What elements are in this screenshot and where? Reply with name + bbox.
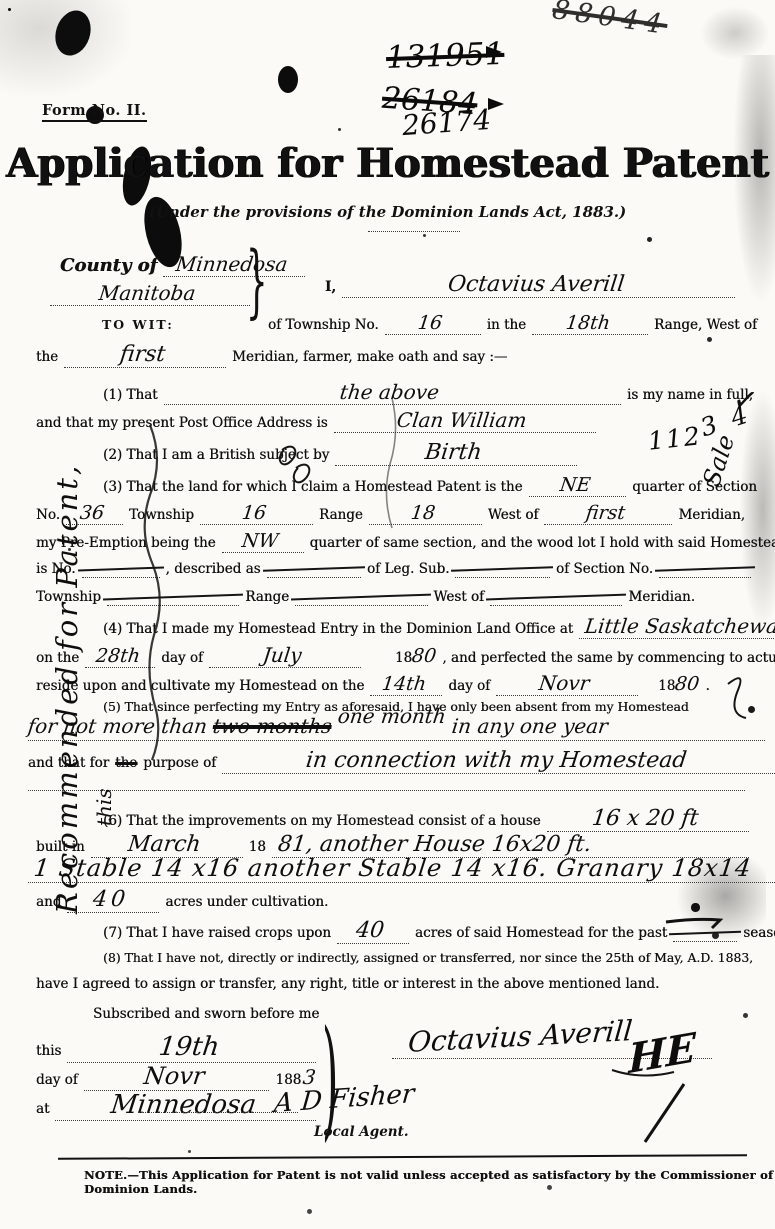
footer-note: NOTE.—This Application for Patent is not… [84, 1168, 775, 1196]
clause6-line3: 1 Stable 14 x16 another Stable 14 x16. G… [28, 854, 775, 883]
crops-acres-value: 40 [355, 918, 386, 943]
recommended-for-patent-vertical: Recommended for Patent, [50, 463, 84, 914]
jurat-day-line: day of Novr 188 3 [36, 1062, 316, 1091]
preemption-field: NW [222, 530, 304, 553]
clause4-line3: reside upon and cultivate my Homestead o… [36, 671, 710, 696]
strike-arrowhead-2 [488, 98, 504, 110]
west-of-label: West of [488, 507, 539, 523]
clause4-line1: (4) That I made my Homestead Entry in th… [103, 614, 775, 639]
clause8-line1: (8) That I have not, directly or indirec… [103, 950, 753, 965]
at-label: at [36, 1101, 49, 1117]
agent-title-label: Local Agent. [314, 1124, 409, 1140]
clause2-lead: (2) That I am a British subject by [103, 447, 329, 463]
clause4-period: . [706, 678, 710, 694]
meridian-field: first [64, 342, 226, 368]
meridian-value: first [118, 342, 166, 367]
absence-hw-c: in any one year [450, 714, 609, 738]
township-label: Township [129, 507, 194, 523]
entry-month: July [262, 643, 304, 667]
meridian-suffix: Meridian, farmer, make oath and say :— [232, 349, 507, 365]
province-line: Manitoba [50, 281, 250, 306]
jurat-this-line: this 19th [36, 1032, 316, 1063]
reside-lead: reside upon and cultivate my Homestead o… [36, 678, 364, 694]
scan-smudge [700, 6, 770, 60]
clause7-lead: (7) That I have raised crops upon [103, 925, 331, 941]
clause3-line5: Township Range West of Meridian. [36, 586, 695, 606]
described-as-label: , described as [166, 561, 261, 577]
absence-hw-b: one month [336, 704, 447, 728]
deponent-name: Octavius Averill [446, 272, 625, 297]
house-value: 16 x 20 ft [591, 806, 700, 831]
clause7-tail: seasons [743, 925, 775, 941]
document-subtitle: (Under the provisions of the Dominion La… [0, 203, 775, 221]
clause3-line4: is No. , described as of Leg. Sub. of Se… [36, 558, 751, 578]
reside-day: 14th [380, 673, 427, 695]
meridian-label2: Meridian, [678, 507, 745, 523]
day-of-label: day of [161, 650, 203, 666]
preemption-value: NW [241, 530, 280, 552]
jurat-place-value: Minnedosa [109, 1090, 258, 1120]
year-prefix2: 18 [658, 678, 675, 694]
meridian2-field: first [544, 502, 672, 525]
jurat-year-prefix: 188 [275, 1072, 301, 1088]
crops-acres-field: 40 [337, 918, 409, 944]
clause3-line2: No. 36 Township 16 Range 18 West of firs… [36, 502, 745, 525]
deponent-name-field: Octavius Averill [342, 272, 735, 298]
sworn-label: Subscribed and sworn before me [93, 1006, 319, 1022]
section-no2-field [659, 558, 751, 578]
name-value: the above [339, 380, 441, 404]
clause4-lead: (4) That I made my Homestead Entry in th… [103, 621, 573, 637]
clause5-dotted-underline [28, 740, 765, 741]
purpose-field: in connection with my Homestead [222, 748, 775, 774]
monogram-slash [645, 1084, 684, 1142]
this-day-value: 19th [157, 1032, 221, 1062]
acres-value: 40 [91, 887, 130, 912]
entry-day: 28th [94, 645, 141, 667]
the-label: the [36, 349, 58, 365]
acres-suffix: acres under cultivation. [165, 894, 328, 910]
range-label: Range [319, 507, 363, 523]
margin-number-main: 112 [647, 421, 703, 455]
of-section-no-label: of Section No. [556, 561, 653, 577]
form-number-label: Form No. II. [42, 102, 147, 122]
jurat-month-field: Novr [84, 1062, 270, 1091]
reside-day-field: 14th [370, 673, 442, 696]
address-value: Clan William [396, 408, 528, 432]
seasons-field [673, 922, 737, 942]
blank-dotted-line [28, 790, 745, 791]
name-field: the above [164, 380, 621, 405]
township-line: of Township No. 16 in the 18th Range, We… [268, 312, 757, 335]
west-of2-label: West of [434, 589, 485, 605]
deponent-prefix: I, [325, 279, 336, 295]
county-label: County of [60, 255, 157, 276]
purpose-b: purpose of [143, 755, 216, 771]
clause5-hw-line: for not more than two months one month i… [28, 714, 771, 738]
quarter-field: NE [529, 474, 627, 497]
land-office-field: Little Saskatchewan [579, 614, 775, 639]
range-no2-field: 18 [369, 502, 482, 525]
ink-specks [8, 8, 11, 11]
absence-hw-struck: two months [212, 714, 334, 738]
subject-value: Birth [424, 440, 484, 465]
day-of2-label: day of [448, 678, 490, 694]
entry-year: 80 [411, 645, 438, 667]
applicant-signature: Octavius Averill [407, 1014, 634, 1059]
address-field: Clan William [334, 408, 596, 433]
clause3-lead: (3) That the land for which I claim a Ho… [103, 479, 523, 495]
this-label: this [36, 1043, 61, 1059]
file-number-struck-top-right: 88044 [550, 0, 669, 41]
in-the-label: in the [487, 317, 526, 333]
subject-field: Birth [335, 440, 577, 466]
day-of-jurat-label: day of [36, 1072, 78, 1088]
land-office-value: Little Saskatchewan [584, 614, 775, 638]
range-suffix: Range, West of [654, 317, 757, 333]
west-of2-field [490, 586, 622, 606]
this-vertical: this [92, 788, 116, 826]
more-buildings: 1 Stable 14 x16 another Stable 14 x16. G… [32, 854, 753, 882]
clause8-line2: have I agreed to assign or transfer, any… [36, 976, 659, 992]
township-no2-field: 16 [200, 502, 313, 525]
clause6-line1: (6) That the improvements on my Homestea… [103, 806, 749, 832]
reside-year: 80 [674, 673, 701, 695]
perfected-tail: , and perfected the same by commencing t… [442, 650, 775, 666]
document-title: Application for Homestead Patent [0, 140, 775, 187]
leg-sub-field [455, 558, 549, 578]
house-field: 16 x 20 ft [547, 806, 749, 832]
file-number-current: 26174 [401, 103, 492, 142]
entry-month-field: July [209, 643, 361, 668]
meridian-line: the first Meridian, farmer, make oath an… [36, 342, 507, 368]
county-value: Minnedosa [175, 252, 289, 276]
clause5-purpose-line: and that for the purpose of in connectio… [28, 748, 775, 774]
clause1-line2: and that my present Post Office Address … [36, 408, 596, 433]
clause3-line3: my Pre-Emption being the NW quarter of s… [36, 530, 761, 553]
quarter-value: NE [558, 474, 591, 496]
built-year-prefix: 18 [249, 839, 266, 855]
meridian2-label: Meridian. [628, 589, 695, 605]
township-prefix: of Township No. [268, 317, 379, 333]
province-field: Manitoba [50, 281, 250, 306]
clause7-line: (7) That I have raised crops upon 40 acr… [103, 918, 767, 944]
range-no: 18th [564, 312, 611, 334]
clause2-line: (2) That I am a British subject by Birth [103, 440, 577, 466]
jurat-month-value: Novr [142, 1062, 206, 1090]
clause3-line1: (3) That the land for which I claim a Ho… [103, 474, 757, 497]
entry-day-field: 28th [85, 645, 155, 668]
range-no-field: 18th [532, 312, 648, 335]
leg-sub-label: of Leg. Sub. [367, 561, 449, 577]
clause1-line1: (1) That the above is my name in full, [103, 380, 753, 405]
township-no2: 16 [240, 502, 267, 524]
township-no-field: 16 [385, 312, 481, 335]
described-as-field [267, 558, 361, 578]
reside-month-field: Novr [496, 671, 638, 696]
ink-blot [50, 6, 97, 60]
county-brace: } [246, 235, 268, 329]
applicant-monogram: HE [629, 1024, 696, 1084]
clause6-lead: (6) That the improvements on my Homestea… [103, 813, 541, 829]
divider-dotted-short [368, 231, 460, 232]
meridian2-value: first [585, 502, 627, 524]
clause1-lead: (1) That [103, 387, 158, 403]
reside-month: Novr [538, 671, 591, 695]
clause4-line2: on the 28th day of July 18 80 , and perf… [36, 643, 757, 668]
more-buildings-field: 1 Stable 14 x16 another Stable 14 x16. G… [28, 854, 775, 883]
township2-field [107, 586, 239, 606]
clause5-end-scrawl [728, 678, 746, 718]
quarter-suffix: quarter of Section [632, 479, 757, 495]
footer-rule [58, 1154, 747, 1160]
range-no2: 18 [409, 502, 436, 524]
county-field: Minnedosa [163, 252, 305, 277]
ink-blot [278, 66, 298, 93]
purpose-struck: the [115, 755, 137, 771]
purpose-value: in connection with my Homestead [304, 748, 688, 773]
this-day-field: 19th [67, 1032, 316, 1063]
range2-label: Range [245, 589, 289, 605]
year-prefix: 18 [395, 650, 412, 666]
deponent-line: I, Octavius Averill [325, 272, 735, 298]
address-label: and that my present Post Office Address … [36, 415, 328, 431]
range2-field [295, 586, 427, 606]
province-value: Manitoba [98, 281, 197, 305]
clause7-mid: acres of said Homestead for the past [415, 925, 667, 941]
file-number-struck-1: 131951 [385, 36, 505, 76]
homestead-patent-application-page: Form No. II. 131951 26184 26174 88044 Ap… [0, 0, 775, 1229]
wood-lot-no-field [82, 558, 160, 578]
preemption-tail: quarter of same section, and the wood lo… [310, 535, 775, 551]
to-wit-label: TO WIT: [102, 317, 174, 332]
township-no: 16 [417, 312, 444, 334]
